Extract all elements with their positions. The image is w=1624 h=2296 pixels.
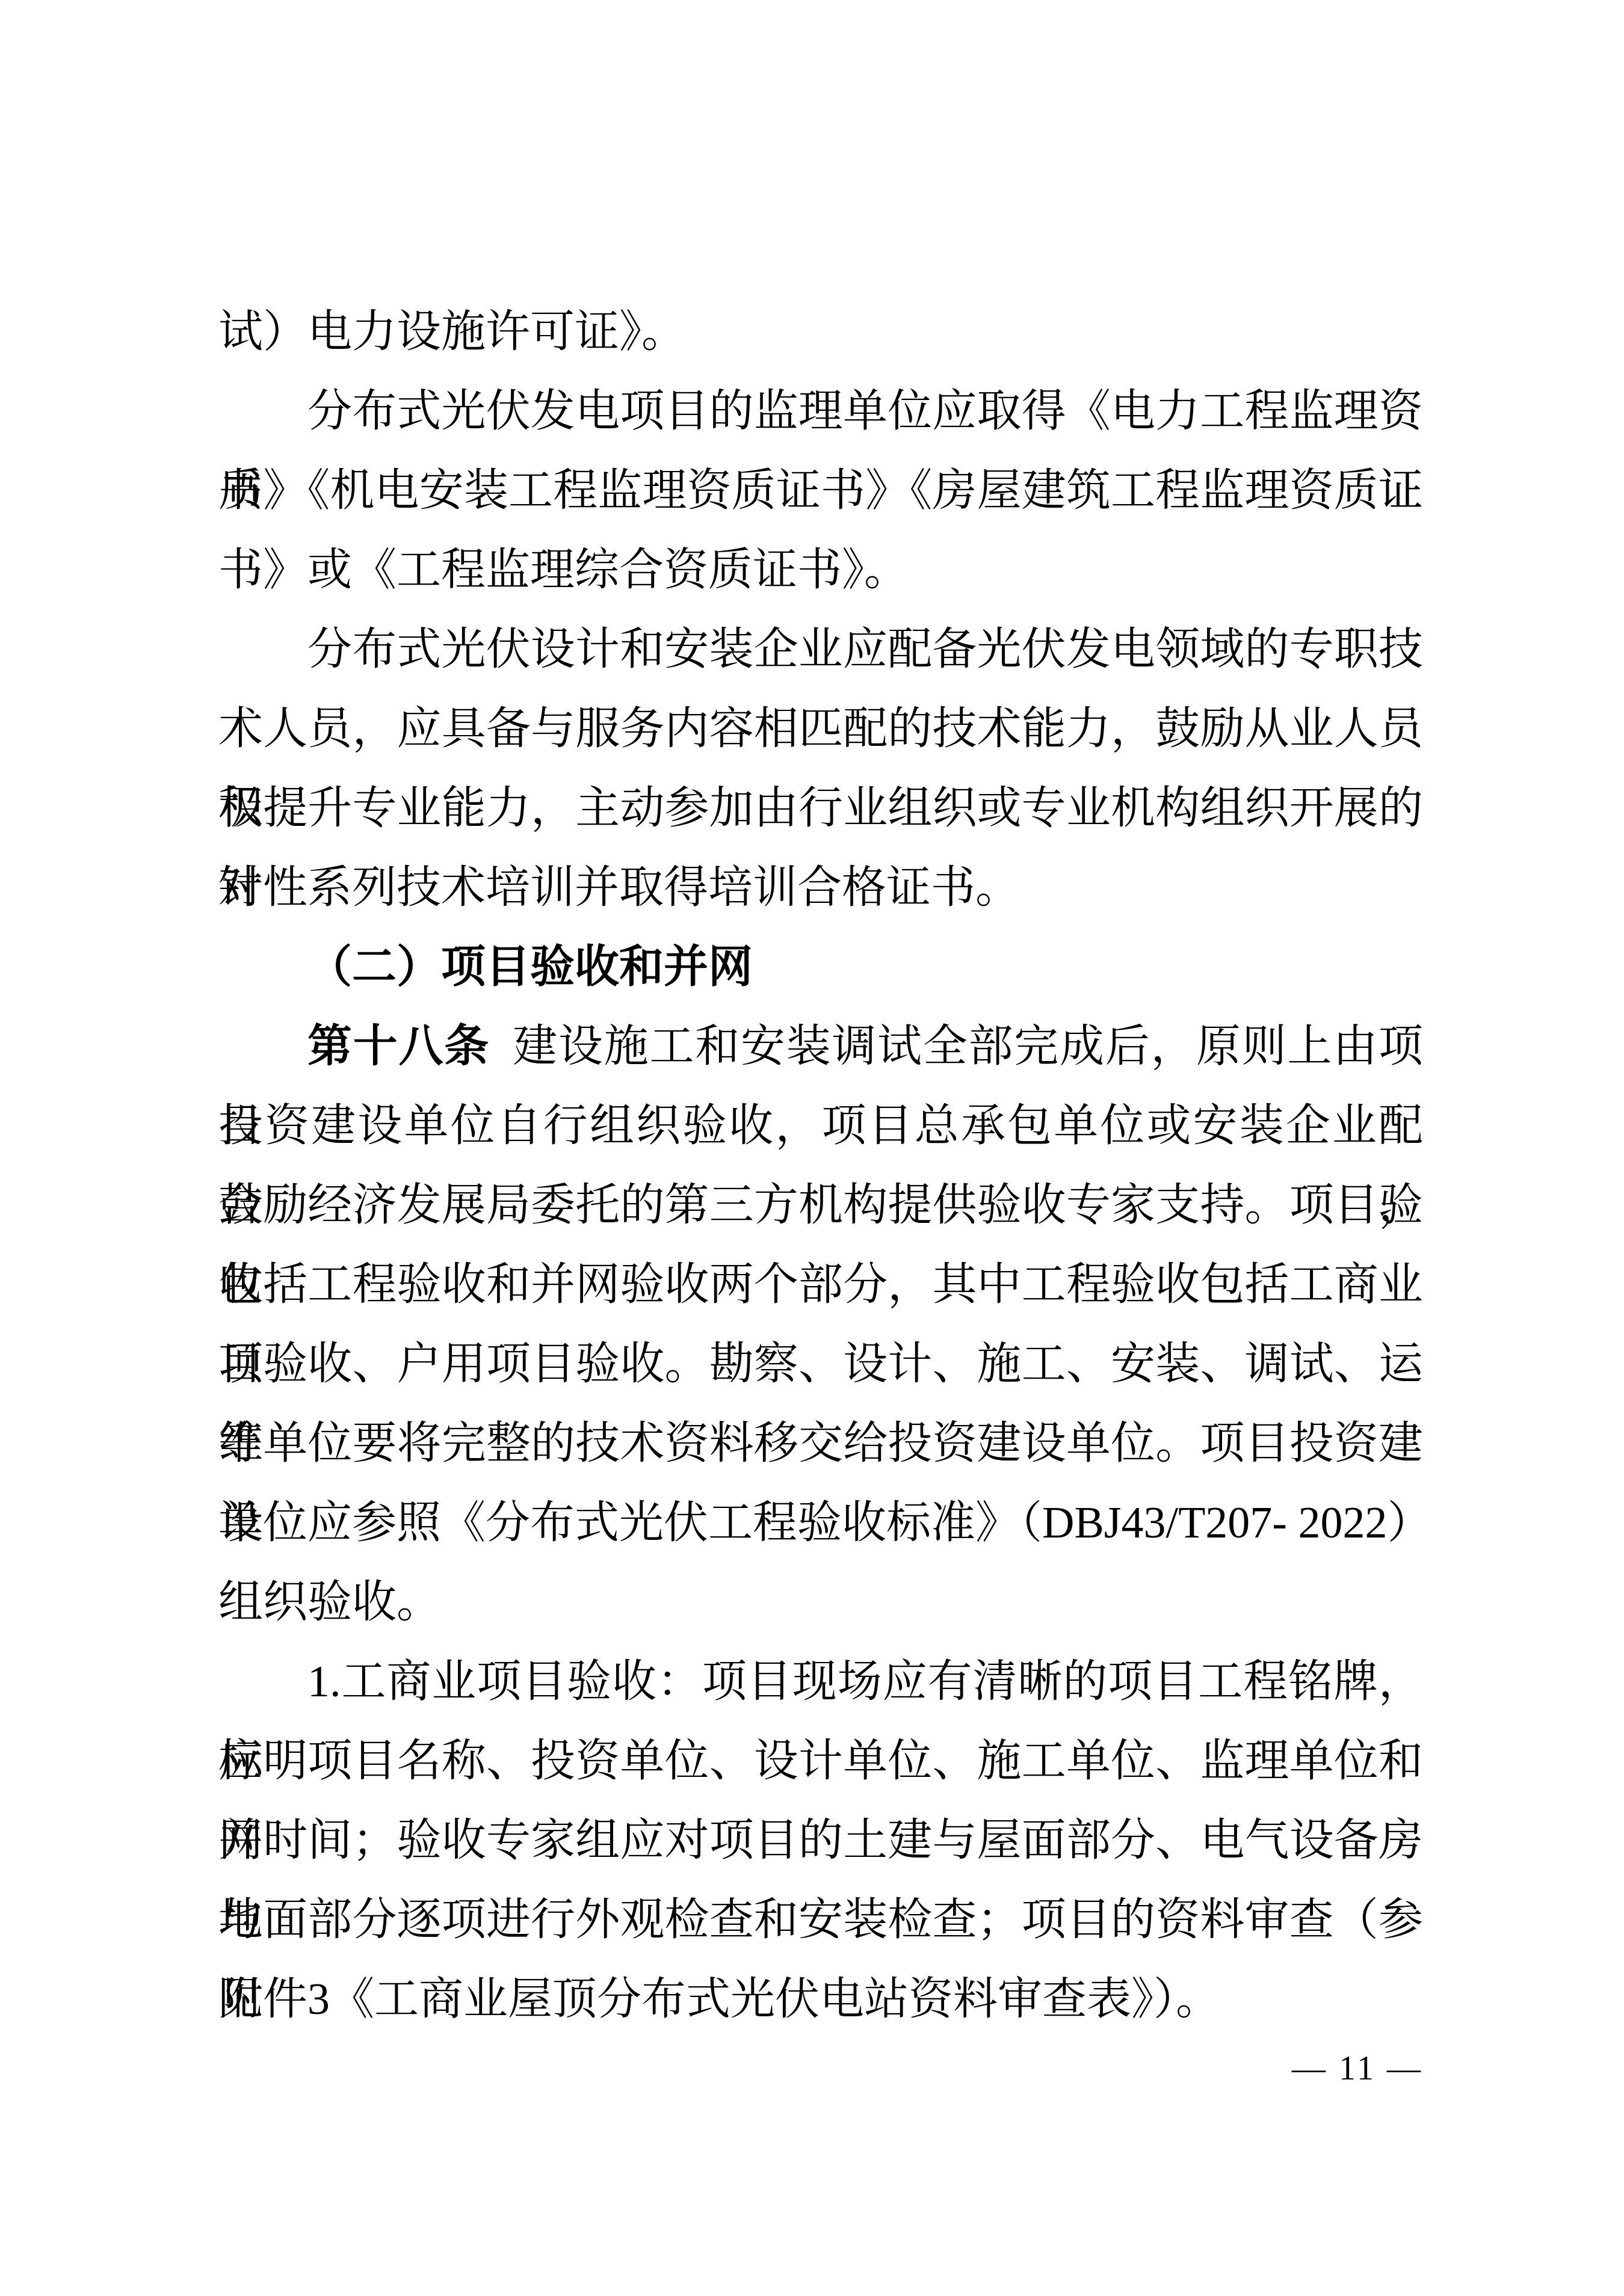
body-line: 投资建设单位自行组织验收，项目总承包单位或安装企业配合， <box>218 1086 1423 1166</box>
body-line: 书》《机电安装工程监理资质证书》《房屋建筑工程监理资质证 <box>218 451 1423 531</box>
document-body: 试）电力设施许可证》。 分布式光伏发电项目的监理单位应取得《电力工程监理资质证 … <box>218 292 1423 2039</box>
body-line: 目验收、户用项目验收。勘察、设计、施工、安装、调试、运维 <box>218 1325 1423 1404</box>
body-line: 包括工程验收和并网验收两个部分，其中工程验收包括工商业项 <box>218 1245 1423 1325</box>
body-line: 1.工商业项目验收：项目现场应有清晰的项目工程铭牌，应 <box>218 1642 1423 1722</box>
page-number: — 11 — <box>1292 2048 1423 2090</box>
body-line: 鼓励经济发展局委托的第三方机构提供验收专家支持。项目验收 <box>218 1166 1423 1245</box>
body-line: 书》或《工程监理综合资质证书》。 <box>218 531 1423 610</box>
body-line: 附件3《工商业屋顶分布式光伏电站资料审查表》）。 <box>218 1960 1423 2039</box>
body-line: 组织验收。 <box>218 1563 1423 1642</box>
body-line: 极提升专业能力，主动参加由行业组织或专业机构组织开展的针 <box>218 769 1423 848</box>
body-line: 术人员，应具备与服务内容相匹配的技术能力，鼓励从业人员积 <box>218 689 1423 769</box>
body-line: 地面部分逐项进行外观检查和安装检查；项目的资料审查（参见 <box>218 1880 1423 1960</box>
body-line: 第十八条建设施工和安装调试全部完成后，原则上由项目 <box>218 1007 1423 1086</box>
body-line: 等单位要将完整的技术资料移交给投资建设单位。项目投资建设 <box>218 1404 1423 1483</box>
body-line: 标明项目名称、投资单位、设计单位、施工单位、监理单位和并 <box>218 1722 1423 1801</box>
document-page: 试）电力设施许可证》。 分布式光伏发电项目的监理单位应取得《电力工程监理资质证 … <box>0 0 1624 2296</box>
body-line: 单位应参照《分布式光伏工程验收标准》（DBJ43/T207- 2022） <box>218 1483 1423 1563</box>
article-number: 第十八条 <box>307 1022 490 1071</box>
body-line: 网时间；验收专家组应对项目的土建与屋面部分、电气设备房与 <box>218 1801 1423 1880</box>
body-line: 试）电力设施许可证》。 <box>218 292 1423 372</box>
section-heading: （二）项目验收和并网 <box>218 928 1423 1007</box>
body-line: 对性系列技术培训并取得培训合格证书。 <box>218 848 1423 928</box>
body-line: 分布式光伏设计和安装企业应配备光伏发电领域的专职技 <box>218 610 1423 689</box>
body-line: 分布式光伏发电项目的监理单位应取得《电力工程监理资质证 <box>218 372 1423 451</box>
